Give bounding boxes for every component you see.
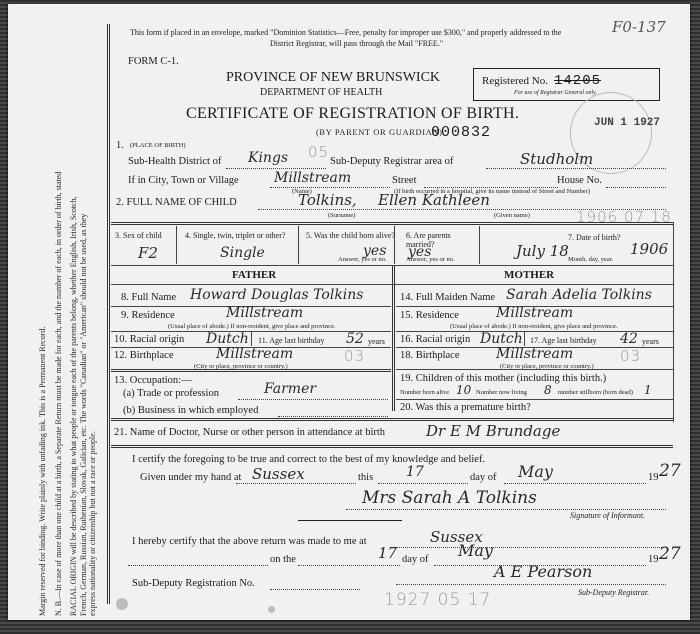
father-residence-label: 9. Residence (121, 310, 175, 321)
father-trade-label: (a) Trade or profession (123, 388, 219, 399)
divider (111, 445, 673, 448)
registrar-day-line (298, 565, 400, 566)
date-of-birth-caption: Month, day, year. (568, 256, 613, 263)
sex-label: 3. Sex of child (115, 231, 162, 240)
city-line (270, 187, 390, 188)
divider (396, 369, 673, 370)
registrar-place-line (390, 547, 666, 548)
registrar-month-value: May (458, 541, 493, 560)
serial-number: 000832 (431, 124, 491, 141)
mother-birthplace-value: Millstream (496, 346, 573, 362)
informant-signature: Mrs Sarah A Tolkins (362, 488, 537, 508)
mother-age-value: 42 (620, 331, 638, 347)
registrar-certify-label: I hereby certify that the above return w… (132, 536, 367, 547)
given-name-caption: (Given name) (494, 212, 530, 219)
mother-residence-label: 15. Residence (400, 310, 459, 321)
house-number-label: House No. (557, 175, 602, 186)
divider (298, 226, 299, 264)
place-of-birth-caption: (PLACE OF BIRTH) (130, 142, 186, 149)
divider (479, 226, 480, 264)
certificate-subtitle: (BY PARENT OR GUARDIAN) (316, 127, 443, 137)
registrar-signature-caption: Sub-Deputy Registrar. (578, 588, 649, 597)
attendant-label: 21. Name of Doctor, Nurse or other perso… (114, 427, 385, 438)
father-name-value: Howard Douglas Tolkins (190, 287, 363, 303)
parents-married-caption: Answer, yes or no. (406, 256, 455, 263)
father-birthplace-code: 03 (344, 347, 365, 365)
on-the-label: on the (270, 554, 296, 565)
born-alive-label: 5. Was the child born alive? (306, 231, 395, 240)
mail-notice-line-1: This form if placed in an envelope, mark… (130, 28, 561, 37)
sub-health-label: Sub-Health District of (128, 156, 221, 167)
born-alive-caption: Answer, yes or no. (338, 256, 387, 263)
month-line (504, 483, 646, 484)
mother-children-label: 19. Children of this mother (including t… (400, 373, 606, 384)
divider (111, 284, 673, 285)
mother-racial-value: Dutch (480, 331, 523, 347)
mail-notice-line-2: District Registrar, will pass through th… (270, 39, 443, 48)
binding-hole (268, 606, 275, 613)
this-label: this (358, 472, 373, 483)
file-reference: F0-137 (612, 18, 666, 36)
sub-deputy-area-value: Studholm (520, 150, 593, 168)
registrar-signature: A E Pearson (494, 562, 592, 581)
father-mother-divider (392, 266, 395, 411)
date-of-birth-year: 1906 (630, 240, 668, 258)
sub-deputy-area-line (486, 168, 666, 169)
father-age-unit: years (368, 337, 385, 346)
given-under-hand-label: Given under my hand at (140, 472, 241, 483)
father-business-label: (b) Business in which employed (123, 405, 258, 416)
sex-value: F2 (138, 244, 158, 262)
child-name-label: 2. FULL NAME OF CHILD (116, 197, 237, 208)
certificate-title: CERTIFICATE OF REGISTRATION OF BIRTH. (186, 105, 519, 123)
plurality-label: 4. Single, twin, triplet or other? (185, 231, 285, 240)
father-heading: FATHER (232, 269, 276, 281)
father-age-label: 11. Age last birthday (258, 336, 324, 345)
house-number-line (606, 187, 666, 188)
divider (111, 222, 673, 225)
mother-birthplace-code: 03 (620, 347, 641, 365)
divider (524, 332, 525, 346)
attendant-value: Dr E M Brundage (426, 422, 560, 440)
margin-line-4: French, German, Russian, Ruthenian, Slov… (79, 172, 89, 616)
stillborn-label: number stillborn (born dead) (558, 389, 633, 396)
father-occupation-label: 13. Occupation:— (114, 375, 192, 386)
registration-number-label: Sub-Deputy Registration No. (132, 578, 255, 589)
city-label: If in City, Town or Village (128, 175, 239, 186)
binding-hole (116, 598, 128, 610)
father-residence-value: Millstream (226, 305, 303, 321)
registered-number-note: For use of Registrar General only. (514, 90, 597, 96)
province-title: PROVINCE OF NEW BRUNSWICK (226, 70, 440, 86)
margin-line-2: N. B.—In case of more than one child at … (54, 172, 64, 616)
born-alive-count-label: Number born alive (400, 389, 449, 396)
premature-label: 20. Was this a premature birth? (400, 402, 531, 413)
date-of-birth-label: 7. Date of birth? (568, 233, 620, 242)
father-racial-label: 10. Racial origin (114, 334, 184, 345)
city-value: Millstream (274, 170, 351, 186)
father-trade-value: Farmer (264, 381, 316, 397)
now-living-value: 8 (544, 383, 552, 397)
sub-health-code: 05 (308, 143, 329, 161)
right-border (673, 222, 674, 422)
informant-signature-line (346, 509, 666, 510)
registered-number-label: Registered No. (482, 75, 548, 87)
margin-rule (107, 24, 110, 604)
sub-deputy-area-label: Sub-Deputy Registrar area of (330, 156, 453, 167)
informant-year-value: 27 (659, 461, 681, 481)
mother-residence-caption: (Usual place of abode.) If non-resident,… (450, 323, 618, 330)
date-of-birth-month-day: July 18 (516, 242, 569, 260)
margin-line-5: express nationality or citizenship but n… (88, 172, 98, 616)
registrar-day-of-label: day of (402, 554, 429, 565)
mother-racial-label: 16. Racial origin (400, 334, 470, 345)
registrar-pencil-date: 1927 05 17 (384, 590, 491, 610)
registrar-signature-line (396, 584, 666, 585)
registered-number-box: Registered No. 14205 For use of Registra… (473, 68, 660, 101)
day-line (378, 483, 468, 484)
section-1-number: 1. (116, 140, 124, 151)
now-living-label: Number now living (476, 389, 527, 396)
street-label: Street (392, 175, 417, 186)
divider (111, 369, 391, 372)
child-given-names: Ellen Kathleen (378, 191, 490, 209)
stillborn-value: 1 (644, 383, 652, 397)
surname-caption: (Surname) (328, 212, 355, 219)
informant-day-value: 17 (406, 464, 424, 480)
mother-age-label: 17. Age last birthday (530, 336, 597, 345)
informant-month-value: May (518, 462, 553, 481)
father-trade-line (238, 399, 388, 400)
day-of-label: day of (470, 472, 497, 483)
informant-signature-caption: Signature of Informant. (570, 511, 645, 520)
child-surname: Tolkins, (298, 191, 357, 209)
father-name-label: 8. Full Name (121, 292, 176, 303)
father-racial-value: Dutch (206, 331, 249, 347)
margin-instructions: Margin reserved for binding. Write plain… (38, 172, 98, 616)
informant-certify-text: I certify the foregoing to be true and c… (132, 454, 485, 465)
department-title: DEPARTMENT OF HEALTH (260, 87, 382, 98)
mother-birthplace-label: 18. Birthplace (400, 350, 459, 361)
registrar-line (128, 565, 268, 566)
given-place-value: Sussex (252, 465, 305, 483)
plurality-value: Single (220, 245, 265, 261)
sub-health-value: Kings (248, 150, 288, 166)
mother-heading: MOTHER (504, 269, 554, 281)
father-age-value: 52 (346, 331, 364, 347)
divider (298, 520, 402, 521)
father-business-line (278, 416, 388, 417)
margin-line-3: RACIAL ORIGIN will be described by stati… (69, 172, 79, 616)
mother-name-label: 14. Full Maiden Name (400, 292, 495, 303)
registered-number-value: 14205 (554, 73, 601, 89)
registration-number-line (270, 589, 360, 590)
given-place-line (236, 483, 356, 484)
mother-age-unit: years (642, 337, 659, 346)
divider (396, 399, 673, 400)
registrar-day-value: 17 (378, 544, 397, 562)
father-residence-caption: (Usual place of abode.) If non-resident,… (168, 323, 336, 330)
mother-name-value: Sarah Adelia Tolkins (506, 287, 652, 303)
received-date-stamp: JUN 1 1927 (594, 117, 660, 129)
divider (176, 226, 177, 264)
father-birthplace-label: 12. Birthplace (114, 350, 173, 361)
mother-residence-value: Millstream (496, 305, 573, 321)
margin-line-1: Margin reserved for binding. Write plain… (38, 172, 48, 616)
registrar-year-prefix: 19 (648, 554, 659, 565)
informant-year-prefix: 19 (648, 472, 659, 483)
father-birthplace-value: Millstream (216, 346, 293, 362)
registrar-year-value: 27 (659, 544, 681, 564)
born-alive-count-value: 10 (456, 383, 471, 397)
form-number: FORM C-1. (128, 56, 179, 67)
sub-health-line (226, 168, 326, 169)
divider (251, 332, 252, 346)
birth-certificate-page: Margin reserved for binding. Write plain… (8, 4, 690, 620)
divider (111, 418, 673, 421)
